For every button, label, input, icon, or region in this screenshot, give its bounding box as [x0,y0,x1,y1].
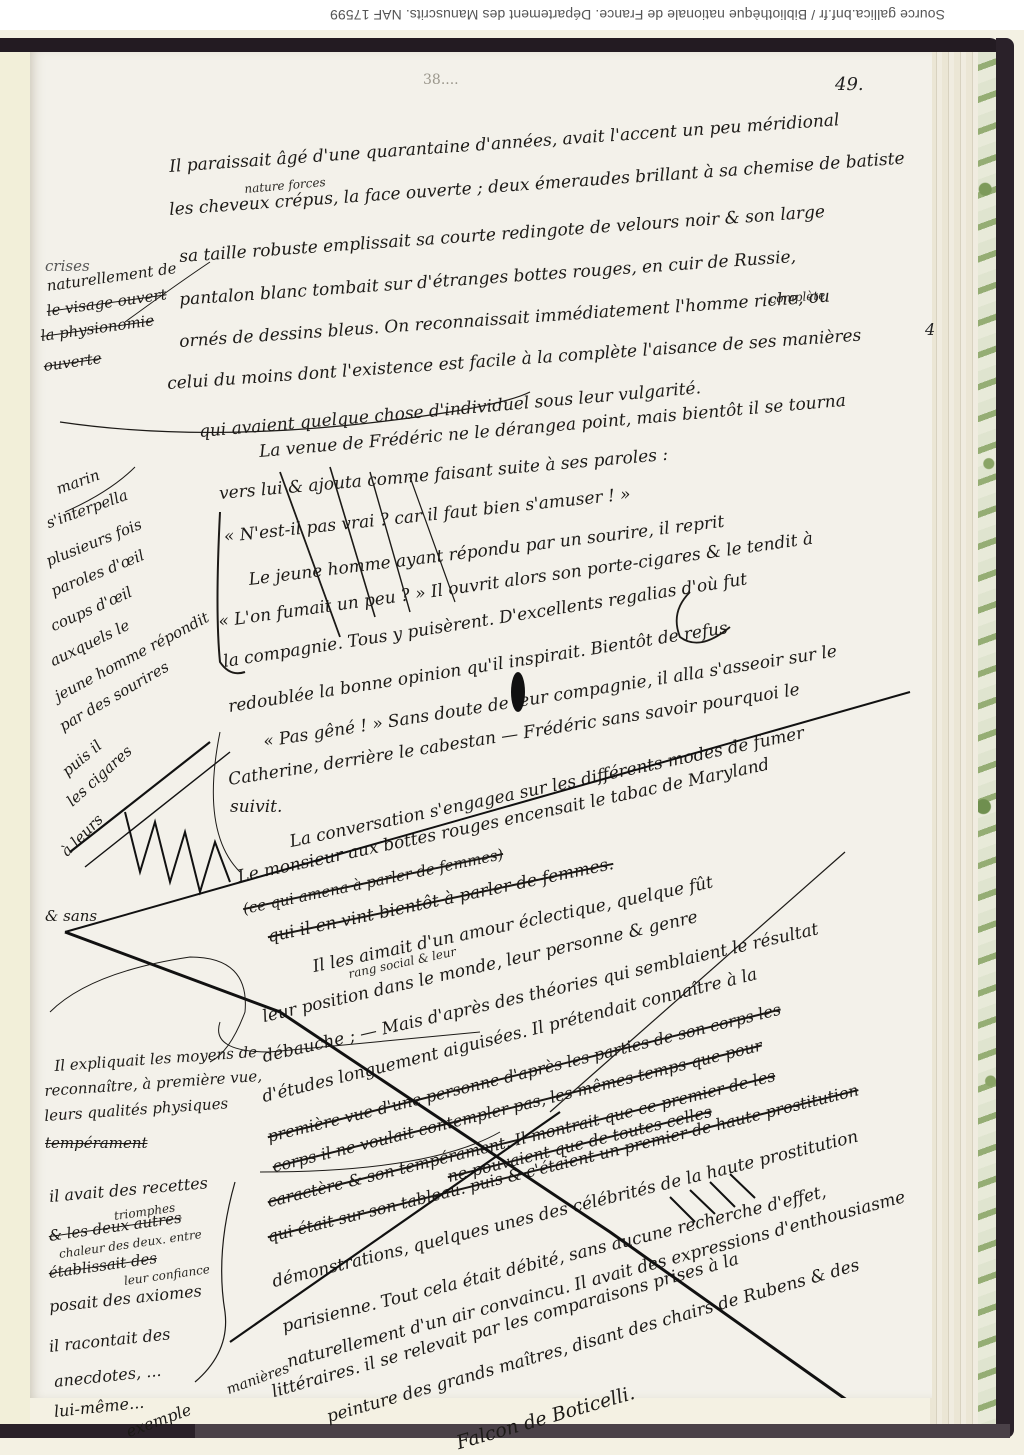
body-line: suivit. [230,797,282,817]
right-edge-mark: 4 [925,320,935,339]
margin-note: lui-même... [53,1393,145,1421]
left-flyleaf [0,52,30,1424]
margin-note: & sans [45,907,97,925]
margin-note: ouverte [42,349,102,375]
margin-note: il racontait des [48,1324,171,1356]
page-edges [930,52,978,1424]
margin-note: il avait des recettes [48,1173,208,1206]
marbled-endpaper [978,52,996,1424]
source-banner: Source gallica.bnf.fr / Bibliothèque nat… [0,0,1024,30]
source-credit-text: Source gallica.bnf.fr / Bibliothèque nat… [330,7,945,23]
manuscript-page: 38.... 49. Il paraissait âgé d'une quara… [30,52,932,1398]
body-line: Falcon de Boticelli. [454,1382,637,1454]
bound-volume: 38.... 49. Il paraissait âgé d'une quara… [0,30,1024,1455]
body-line: La conversation s'engagea sur les différ… [288,723,806,852]
margin-note: leurs qualités physiques [44,1094,229,1125]
margin-note: à leurs [57,811,106,860]
ink-folio-number: 49. [835,74,864,95]
binding-right-edge [996,38,1014,1438]
margin-note: tempérament [45,1134,148,1152]
binding-top-edge [0,38,1000,52]
pencil-folio-number: 38.... [423,72,459,88]
margin-note: marin [54,466,102,498]
margin-note: anecdotes, ... [53,1361,162,1391]
